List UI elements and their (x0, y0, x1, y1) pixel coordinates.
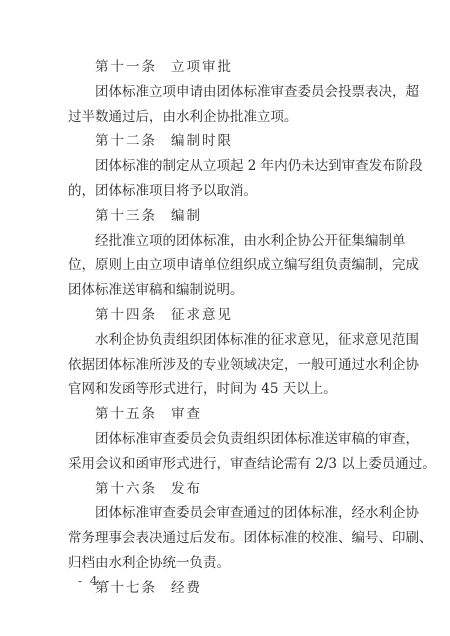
paragraph-line: 水利企协负责组织团体标准的征求意见，征求意见范围 (68, 328, 382, 353)
paragraph-line: 依据团体标准所涉及的专业领域决定，一般可通过水利企协 (68, 353, 382, 378)
paragraph-line: 团体标准审查委员会负责组织团体标准送审稿的审查， (68, 427, 382, 452)
article-number: 第十二条 (95, 133, 157, 149)
paragraph-line: 归档由水利企协统一负责。 (68, 551, 382, 576)
article-title: 立项审批 (171, 59, 233, 75)
paragraph-line: 的，团体标准项目将予以取消。 (68, 179, 382, 204)
paragraph-line: 团体标准的制定从立项起 2 年内仍未达到审查发布阶段 (68, 154, 382, 179)
article-title: 发布 (171, 481, 202, 497)
paragraph-line: 位，原则上由立项申请单位组织成立编写组负责编制，完成 (68, 253, 382, 278)
page-number: - 4 - (78, 574, 111, 588)
article-heading: 第十五条审查 (68, 402, 382, 427)
article-number: 第十一条 (95, 59, 157, 75)
paragraph-line: 采用会议和函审形式进行，审查结论需有 2/3 以上委员通过。 (68, 452, 382, 477)
article-heading: 第十二条编制时限 (68, 129, 382, 154)
paragraph-line: 过半数通过后，由水利企协批准立项。 (68, 105, 382, 130)
article-number: 第十四条 (95, 307, 157, 323)
article-heading: 第十六条发布 (68, 477, 382, 502)
paragraph-line: 官网和发函等形式进行，时间为 45 天以上。 (68, 377, 382, 402)
article-heading: 第十四条征求意见 (68, 303, 382, 328)
article-title: 征求意见 (171, 307, 233, 323)
article-heading: 第十一条立项审批 (68, 55, 382, 80)
paragraph-line: 团体标准送审稿和编制说明。 (68, 278, 382, 303)
article-heading: 第十三条编制 (68, 204, 382, 229)
article-title: 编制时限 (171, 133, 233, 149)
article-number: 第十五条 (95, 406, 157, 422)
paragraph-line: 经批准立项的团体标准，由水利企协公开征集编制单 (68, 229, 382, 254)
article-title: 审查 (171, 406, 202, 422)
document-page: 第十一条立项审批 团体标准立项申请由团体标准审查委员会投票表决，超 过半数通过后… (68, 55, 382, 601)
article-number: 第十三条 (95, 208, 157, 224)
article-heading: 第十七条经费 (68, 576, 382, 601)
paragraph-line: 常务理事会表决通过后发布。团体标准的校准、编号、印刷、 (68, 526, 382, 551)
article-number: 第十六条 (95, 481, 157, 497)
article-title: 编制 (171, 208, 202, 224)
paragraph-line: 团体标准审查委员会审查通过的团体标准，经水利企协 (68, 501, 382, 526)
paragraph-line: 团体标准立项申请由团体标准审查委员会投票表决，超 (68, 80, 382, 105)
article-title: 经费 (171, 580, 202, 596)
